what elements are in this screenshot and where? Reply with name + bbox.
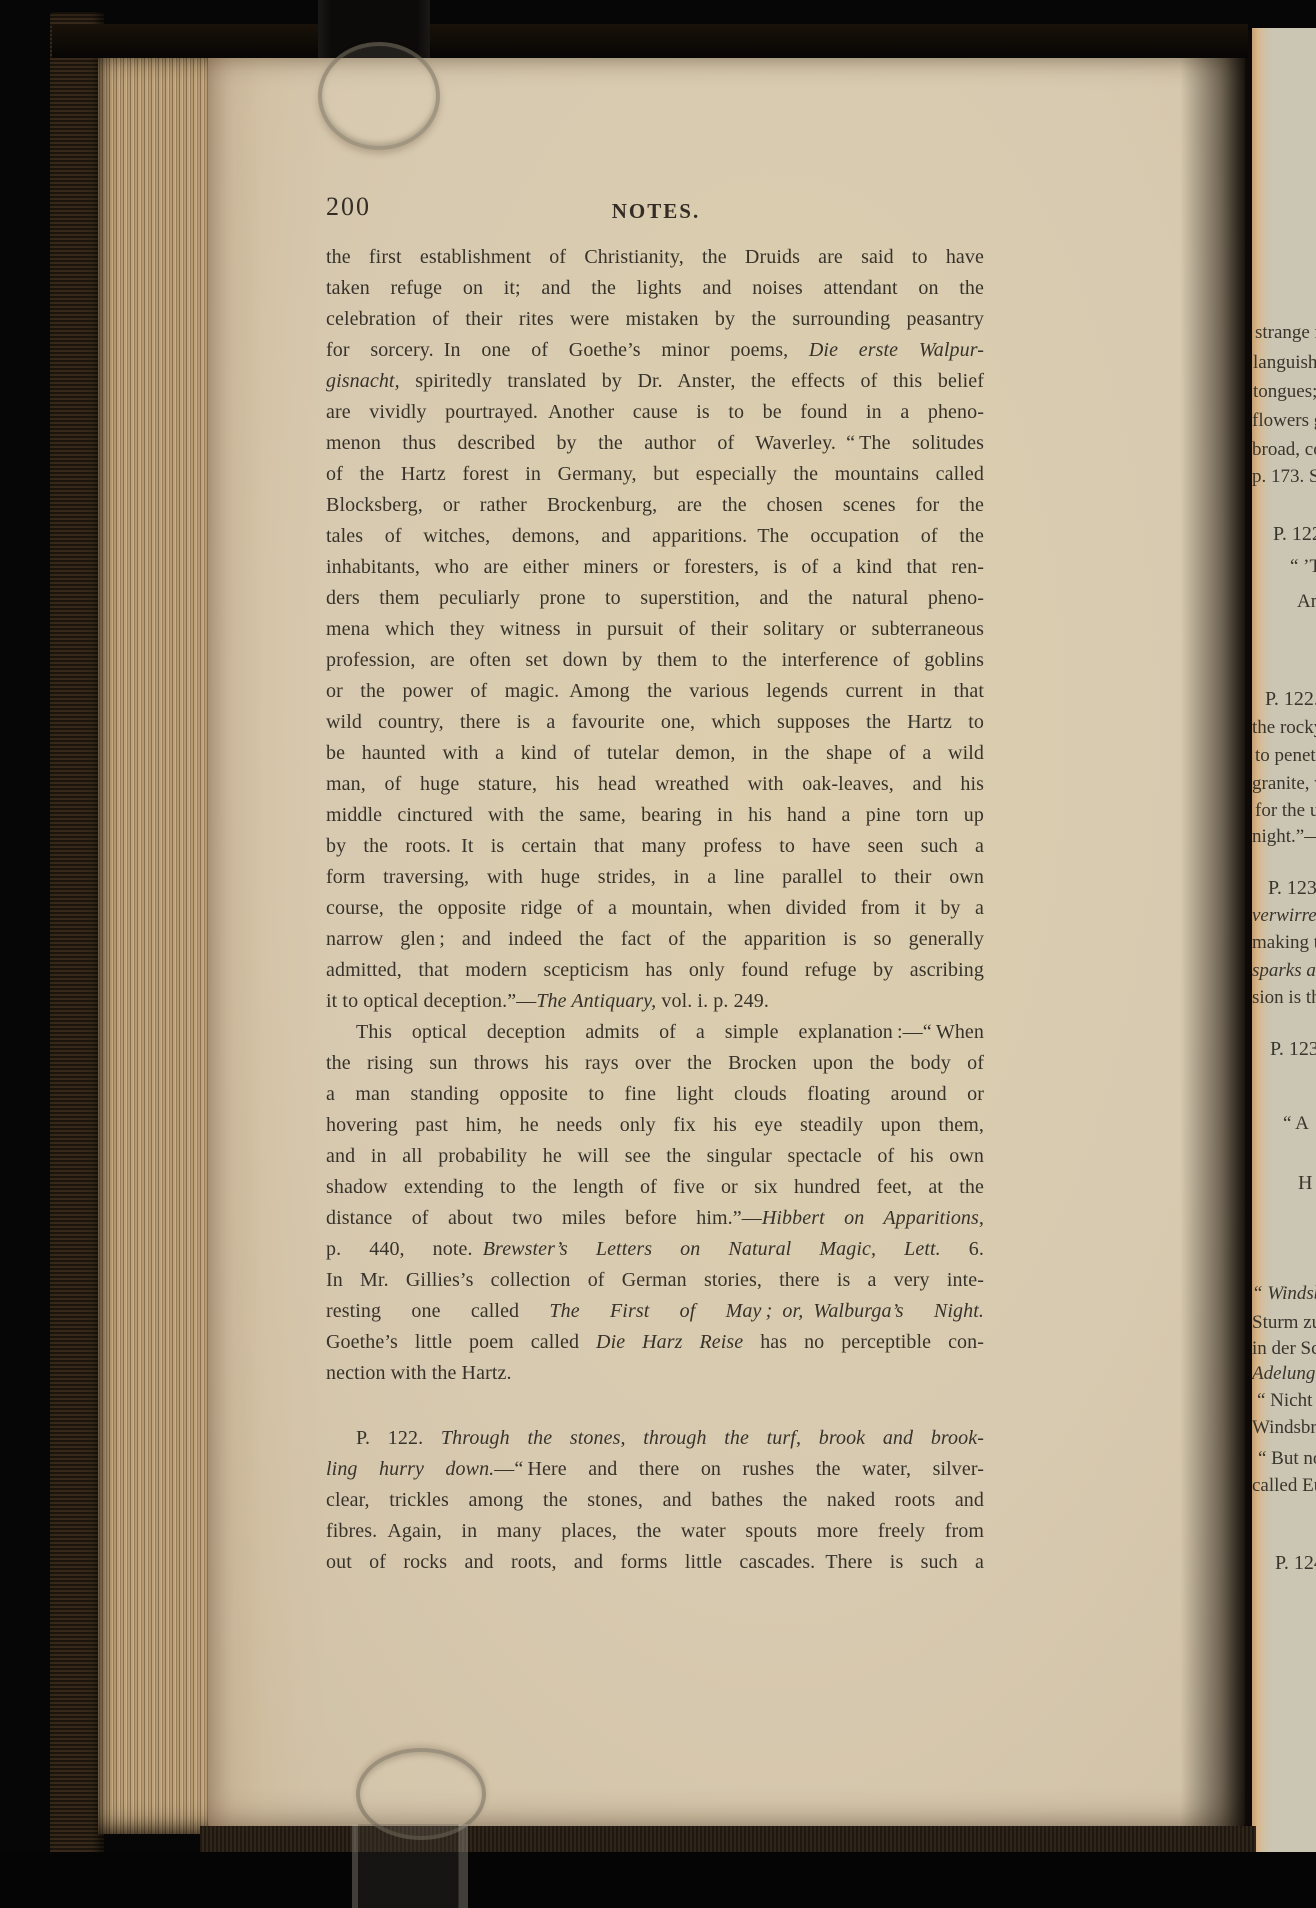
text-line: hovering past him, he needs only fix his… (326, 1110, 984, 1141)
text-line: inhabitants, who are either miners or fo… (326, 552, 984, 583)
running-header: NOTES. (326, 199, 986, 224)
text-line: by the roots. It is certain that many pr… (326, 831, 984, 862)
facing-page-text-fragment: tongues; as (1253, 381, 1316, 403)
facing-page-text-fragment: Sturm zu be (1252, 1312, 1316, 1334)
text-line: mena which they witness in pursuit of th… (326, 614, 984, 645)
text-line: celebration of their rites were mistaken… (326, 304, 984, 335)
paragraph: This optical deception admits of a simpl… (326, 1017, 984, 1389)
facing-page-text-fragment: P. 122. A (1265, 688, 1316, 711)
facing-page-text-fragment: granite, which (1252, 773, 1316, 795)
text-line: ling hurry down.—“ Here and there on rus… (326, 1454, 984, 1485)
text-line: out of rocks and roots, and forms little… (326, 1547, 984, 1578)
facing-page-strip: strange murmlanguishing stongues; asflow… (1252, 28, 1316, 1872)
facing-page-text-fragment: languishing s (1253, 352, 1316, 374)
facing-page-text-fragment: night.”—Rei (1252, 826, 1316, 848)
paragraph: P. 122. Through the stones, through the … (326, 1423, 984, 1578)
facing-page-text-fragment: Windsbrau (1252, 1417, 1316, 1439)
facing-page-text-fragment: An (1297, 591, 1316, 613)
text-line: profession, are often set down by them t… (326, 645, 984, 676)
text-line: tales of witches, demons, and apparition… (326, 521, 984, 552)
facing-page-text-fragment: “ Nicht l (1257, 1390, 1316, 1412)
facing-page-text-fragment: P. 124. (1275, 1552, 1316, 1575)
text-line: shadow extending to the length of five o… (326, 1172, 984, 1203)
italic-text: ling hurry down. (326, 1458, 494, 1480)
facing-page-text-fragment: making the (1252, 932, 1316, 954)
text-line: distance of about two miles before him.”… (326, 1203, 984, 1234)
text-line: be haunted with a kind of tutelar demon,… (326, 738, 984, 769)
text-line: taken refuge on it; and the lights and n… (326, 273, 984, 304)
text-line: In Mr. Gillies’s collection of German st… (326, 1265, 984, 1296)
text-line: Blocksberg, or rather Brockenburg, are t… (326, 490, 984, 521)
bottom-background (0, 1852, 1316, 1908)
facing-page-text-fragment: to penetrate (1255, 745, 1316, 767)
text-line: middle cinctured with the same, bearing … (326, 800, 984, 831)
scanner-strap-bottom (352, 1824, 468, 1908)
italic-text: Die erste Walpur- (809, 339, 984, 361)
facing-page-text-fragment: “ But no (1258, 1448, 1316, 1470)
facing-page-text-fragment: “ ’Tis (1290, 556, 1316, 578)
text-line: the rising sun throws his rays over the … (326, 1048, 984, 1079)
text-line: clear, trickles among the stones, and ba… (326, 1485, 984, 1516)
gutter-shadow (1180, 30, 1256, 1872)
facing-page-text-fragment: strange murm (1255, 322, 1316, 344)
facing-page-text-fragment: H (1298, 1172, 1312, 1195)
text-line: course, the opposite ridge of a mountain… (326, 893, 984, 924)
text-line: man, of huge stature, his head wreathed … (326, 769, 984, 800)
text-line: admitted, that modern scepticism has onl… (326, 955, 984, 986)
facing-page-text-fragment: for the unea (1255, 800, 1316, 822)
italic-text: Brewster’s Letters on Natural Magic, Let… (483, 1238, 941, 1260)
italic-text: Die Harz Reise (596, 1331, 743, 1353)
facing-page-text-fragment: in der Schw (1252, 1338, 1316, 1360)
facing-page-text-fragment: broad, conical (1252, 439, 1316, 461)
top-dark-band (52, 24, 1248, 58)
facing-page-text-fragment: flowers gaze u (1252, 410, 1316, 432)
text-line: it to optical deception.”—The Antiquary,… (326, 986, 984, 1017)
glass-hold-down-loop-top (318, 42, 440, 150)
facing-page-text-fragment: Adelung. (1252, 1363, 1316, 1385)
facing-page-text-fragment: “ A (1283, 1113, 1309, 1135)
text-line: the first establishment of Christianity,… (326, 242, 984, 273)
italic-text: gisnacht, (326, 370, 400, 392)
text-block: the first establishment of Christianity,… (326, 242, 984, 1578)
text-line: ders them peculiarly prone to superstiti… (326, 583, 984, 614)
text-line: wild country, there is a favourite one, … (326, 707, 984, 738)
page-inner-shadow (208, 56, 328, 1826)
facing-page-text-fragment: sparks are g (1252, 960, 1316, 982)
text-line: This optical deception admits of a simpl… (326, 1017, 984, 1048)
text-line: fibres. Again, in many places, the water… (326, 1516, 984, 1547)
book-photo: 200 NOTES. the first establishment of Ch… (0, 0, 1316, 1908)
facing-page-text-fragment: P. 123. (1268, 877, 1316, 900)
italic-text: The First of May ; or, Walburga’s Night. (549, 1300, 984, 1322)
book-page: 200 NOTES. the first establishment of Ch… (208, 56, 1245, 1826)
text-line: narrow glen ; and indeed the fact of the… (326, 924, 984, 955)
italic-text: The Antiquary, (536, 990, 656, 1012)
text-line: P. 122. Through the stones, through the … (326, 1423, 984, 1454)
facing-page-text-fragment: P. 122. T (1273, 523, 1316, 546)
text-line: a man standing opposite to fine light cl… (326, 1079, 984, 1110)
text-line: and in all probability he will see the s… (326, 1141, 984, 1172)
text-line: or the power of magic. Among the various… (326, 676, 984, 707)
facing-page-text-fragment: verwirrelt si (1252, 905, 1316, 927)
text-line: for sorcery. In one of Goethe’s minor po… (326, 335, 984, 366)
text-line: p. 440, note. Brewster’s Letters on Natu… (326, 1234, 984, 1265)
facing-page-text-fragment: p. 173. See (1252, 466, 1316, 488)
text-line: are vividly pourtrayed. Another cause is… (326, 397, 984, 428)
italic-text: Hibbert on Apparitions, (762, 1207, 984, 1229)
text-line: menon thus described by the author of Wa… (326, 428, 984, 459)
facing-page-text-fragment: called Eur (1252, 1475, 1316, 1497)
text-line: gisnacht, spiritedly translated by Dr. A… (326, 366, 984, 397)
facing-page-text-fragment: the rocky nat (1252, 717, 1316, 739)
book-cover-edge (50, 12, 104, 1874)
facing-page-text-fragment: “ Windsb (1252, 1283, 1316, 1305)
text-line: resting one called The First of May ; or… (326, 1296, 984, 1327)
paragraph: the first establishment of Christianity,… (326, 242, 984, 1017)
facing-page-text-fragment: P. 123. E (1270, 1038, 1316, 1061)
text-line: nection with the Hartz. (326, 1358, 984, 1389)
italic-text: Through the stones, through the turf, br… (441, 1427, 984, 1449)
text-line: form traversing, with huge strides, in a… (326, 862, 984, 893)
facing-page-text-fragment: sion is the pr (1252, 987, 1316, 1009)
text-line: of the Hartz forest in Germany, but espe… (326, 459, 984, 490)
text-line: Goethe’s little poem called Die Harz Rei… (326, 1327, 984, 1358)
